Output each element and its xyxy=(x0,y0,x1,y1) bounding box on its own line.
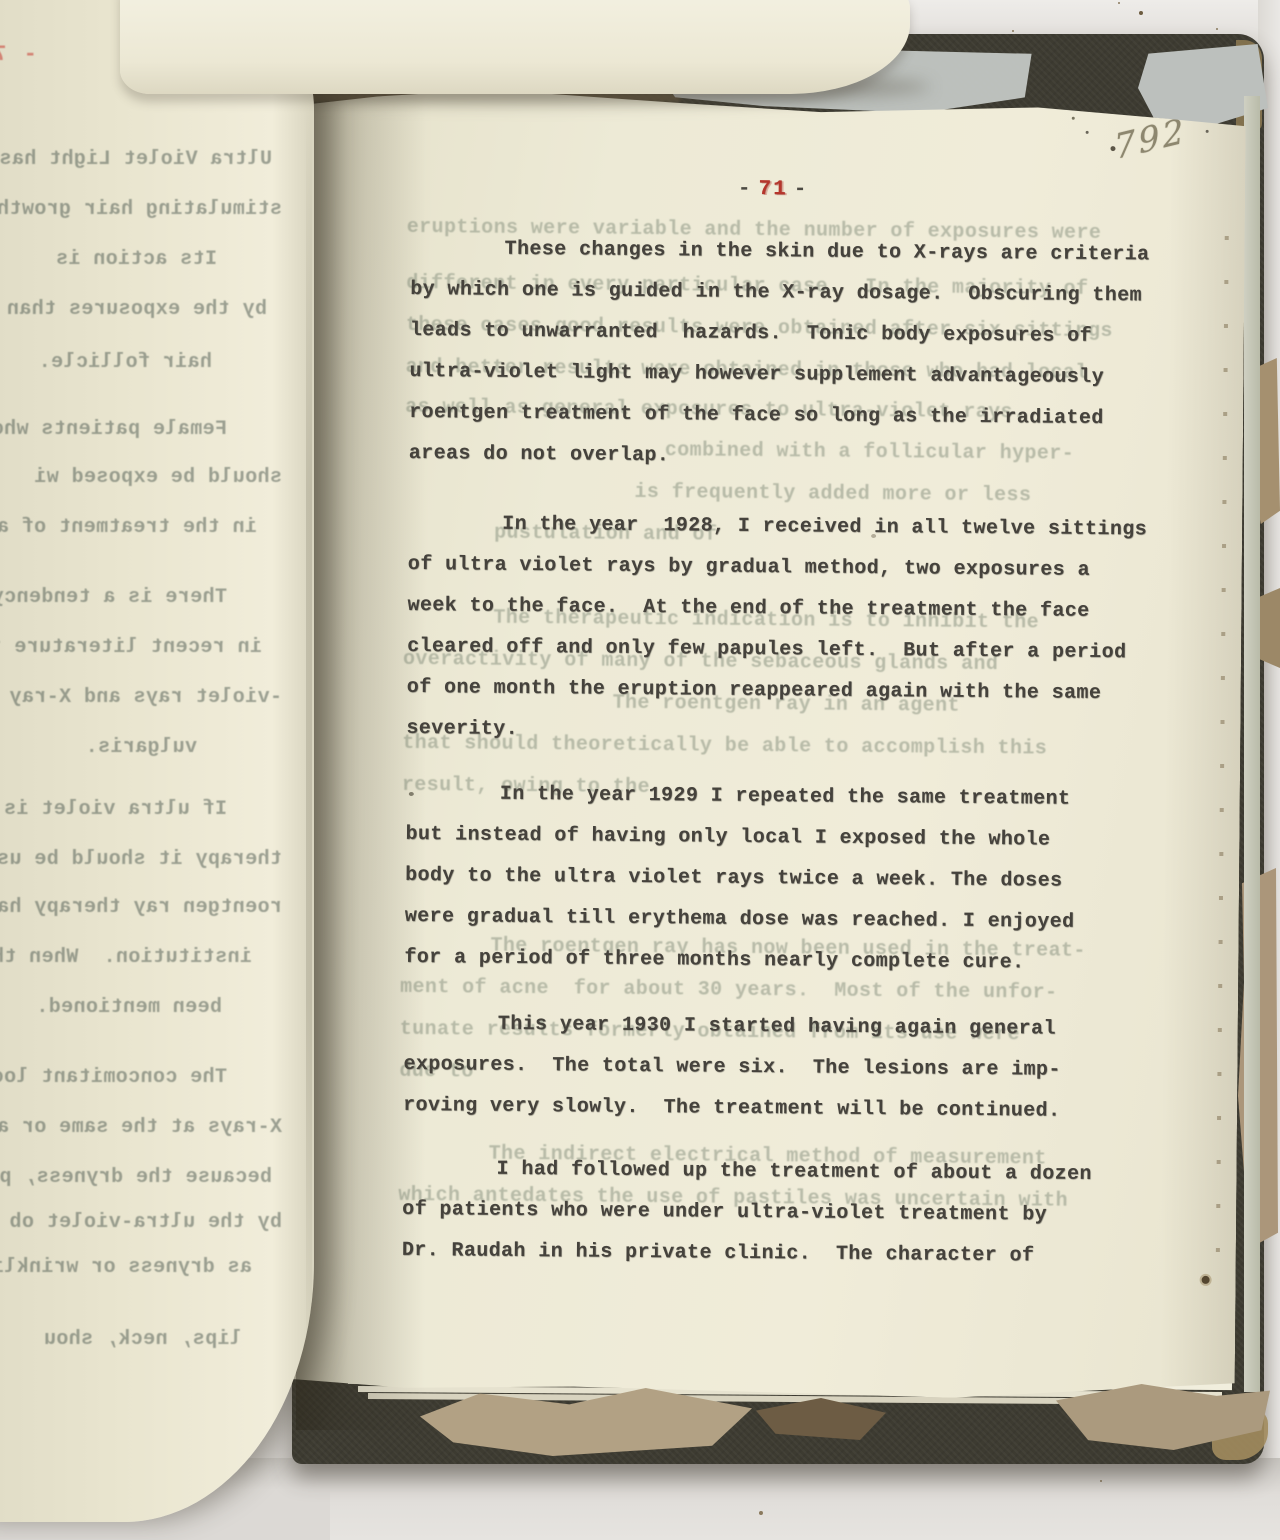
page-block-edge xyxy=(1244,96,1260,1392)
page-number-dash: - xyxy=(738,178,753,201)
text-line: by which one is guided in the X-ray dosa… xyxy=(410,278,1170,326)
text-line: of one month the eruption reappeared aga… xyxy=(407,676,1167,724)
faint-text-line: should be exposed wi xyxy=(34,466,282,489)
faint-text-line: as dryness or wrinkling xyxy=(0,1256,252,1279)
text-line: severity. xyxy=(406,717,1166,765)
faint-text-line: Female patients who ex xyxy=(0,418,227,441)
text-line: body to the ultra violet rays twice a we… xyxy=(405,864,1165,912)
text-line: week to the face. At the end of the trea… xyxy=(407,594,1167,642)
text-line: In the year 1928, I received in all twel… xyxy=(408,512,1168,560)
text-line: of ultra violet rays by gradual method, … xyxy=(408,553,1168,601)
text-line: These changes in the skin due to X-rays … xyxy=(410,237,1170,285)
paragraph: I had followed up the treatment of about… xyxy=(402,1157,1163,1287)
faint-text-line: There is a tendency am xyxy=(0,586,227,609)
text-line: of patients who were under ultra-violet … xyxy=(402,1198,1162,1246)
text-line: I had followed up the treatment of about… xyxy=(402,1157,1162,1205)
faint-text-line: roentgen ray therapy has b xyxy=(0,896,282,919)
faint-text-line: by the ultra-violet ob xyxy=(9,1211,282,1234)
mirrored-showthrough-text: Ultra Violet Light hasstimulating hair g… xyxy=(0,0,282,1508)
text-line: In the year 1929 I repeated the same tre… xyxy=(406,782,1166,830)
paragraph: These changes in the skin due to X-rays … xyxy=(409,237,1171,490)
page-curl xyxy=(120,0,910,94)
text-line: roentgen treatment of the face so long a… xyxy=(409,401,1169,449)
text-line: ultra-violet light may however supplemen… xyxy=(409,360,1169,408)
paragraph: In the year 1928, I received in all twel… xyxy=(406,512,1168,765)
text-line: leads to unwarranted hazards. Tonic body… xyxy=(410,319,1170,367)
text-line: were gradual till erythema dose was reac… xyxy=(405,905,1165,953)
faint-text-line: The concomitant local xyxy=(0,1066,227,1089)
faint-text-line: by the exposures than xyxy=(7,298,267,321)
text-line: for a period of three months nearly comp… xyxy=(404,946,1164,994)
faint-text-line: X-rays at the same or alt xyxy=(0,1116,282,1139)
faint-text-line: been mentioned. xyxy=(36,996,222,1019)
text-line: roving very slowly. The treatment will b… xyxy=(403,1094,1163,1142)
faint-text-line: -violet rays and X-ray t xyxy=(0,686,282,709)
page-number: -71- xyxy=(623,177,923,203)
faint-text-line: Its action is xyxy=(56,248,217,271)
page-number-dash: - xyxy=(794,178,809,201)
leaf-edge-highlight xyxy=(306,108,312,1382)
faint-text-line: in recent literature t xyxy=(0,636,262,659)
paragraph: This year 1930 I started having again ge… xyxy=(403,1012,1164,1142)
text-line: This year 1930 I started having again ge… xyxy=(404,1012,1164,1060)
text-line: exposures. The total were six. The lesio… xyxy=(403,1053,1163,1101)
text-line: but instead of having only local I expos… xyxy=(405,823,1165,871)
gutter-shadow xyxy=(296,60,426,1430)
faint-text-line: hair follicle. xyxy=(38,351,212,374)
document-page: eruptions were variable and the number o… xyxy=(291,88,1246,1400)
faint-text-line: institution. When thus a xyxy=(0,946,252,969)
page-number-value: 71 xyxy=(752,178,793,201)
previous-page-leaf: - 70 Ultra Violet Light hasstimulating h… xyxy=(0,0,314,1522)
text-line: areas do not overlap. xyxy=(409,442,1169,490)
faint-text-line: lips, neck, shou xyxy=(44,1328,242,1351)
faint-text-line: Ultra Violet Light has xyxy=(0,148,272,171)
text-line: Dr. Raudah in his private clinic. The ch… xyxy=(402,1239,1162,1287)
faint-text-line: If ultra violet is emp xyxy=(0,798,227,821)
faint-text-line: therapy it should be us xyxy=(0,848,282,871)
faint-text-line: because the dryness, p xyxy=(0,1166,272,1189)
faint-text-line: stimulating hair growth an xyxy=(0,198,282,221)
faint-text-line: in the treatment of acne xyxy=(0,516,257,539)
faint-text-line: vulgaris. xyxy=(85,736,197,759)
wormhole xyxy=(1202,1276,1210,1284)
paragraph: In the year 1929 I repeated the same tre… xyxy=(404,782,1166,994)
text-line: cleared off and only few papules left. B… xyxy=(407,635,1167,683)
photographed-manuscript-page: eruptions were variable and the number o… xyxy=(0,0,1280,1540)
